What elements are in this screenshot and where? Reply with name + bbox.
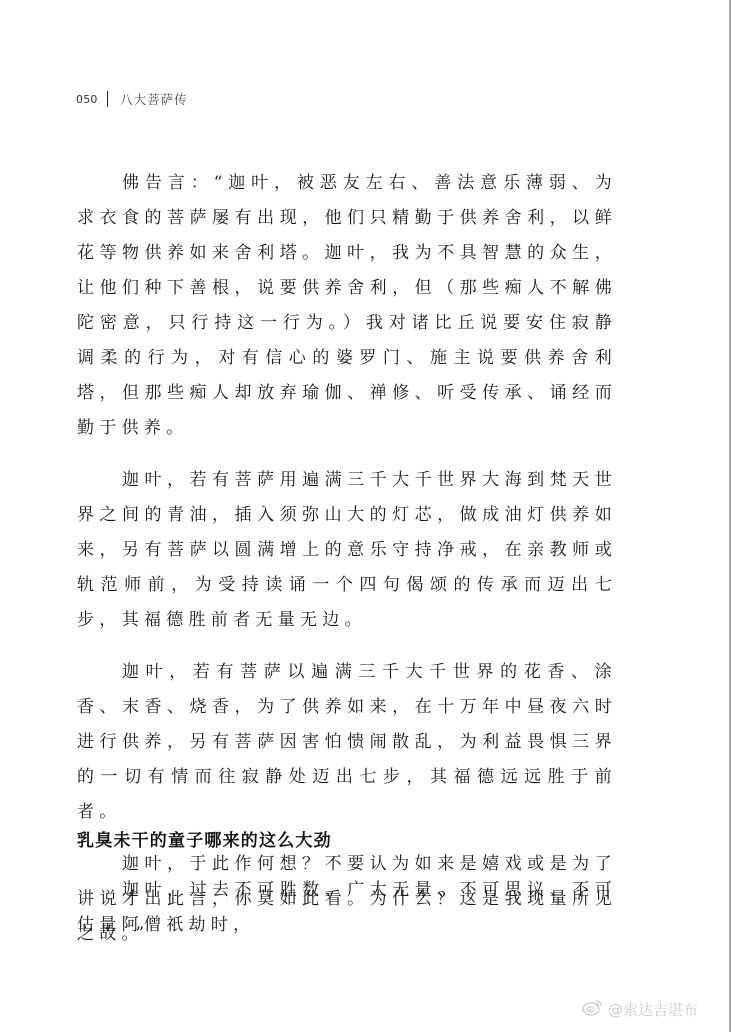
section-heading: 乳臭未干的童子哪来的这么大劲 — [77, 826, 332, 851]
paragraph: 迦叶，若有菩萨用遍满三千大千世界大海到梵天世界之间的青油，插入须弥山大的灯芯，做… — [77, 463, 617, 638]
header-divider — [107, 91, 109, 107]
book-title: 八大菩萨传 — [120, 90, 188, 108]
running-header: 050 八大菩萨传 — [76, 90, 188, 108]
watermark-text: @索达吉堪布 — [608, 999, 698, 1020]
weibo-icon — [582, 998, 608, 1020]
paragraph: 迦叶，过去不可胜数、广大无量、不可思议、不可估量阿僧祇劫时， — [77, 873, 617, 943]
page-edge — [729, 0, 731, 1032]
watermark: @索达吉堪布 — [582, 998, 698, 1020]
paragraph: 佛告言：“迦叶，被恶友左右、善法意乐薄弱、为求衣食的菩萨屡有出现，他们只精勤于供… — [77, 166, 617, 446]
page-number: 050 — [76, 93, 98, 106]
section-body: 迦叶，过去不可胜数、广大无量、不可思议、不可估量阿僧祇劫时， — [77, 873, 617, 960]
paragraph: 迦叶，若有菩萨以遍满三千大千世界的花香、涂香、末香、烧香，为了供养如来，在十万年… — [77, 655, 617, 830]
